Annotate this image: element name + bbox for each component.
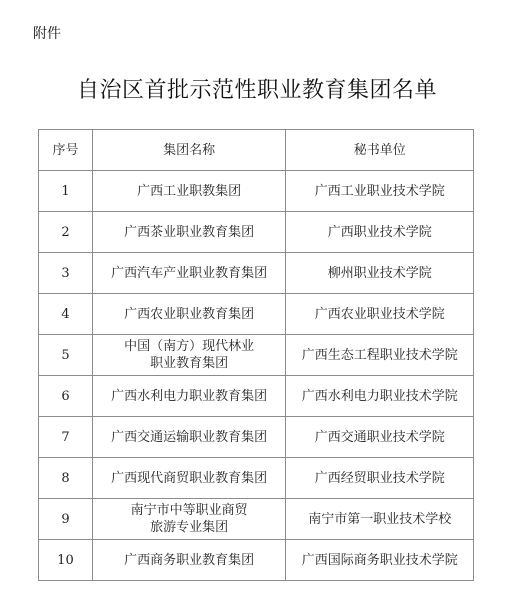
cell-group-name: 广西工业职教集团 <box>92 171 286 212</box>
cell-secretariat: 广西经贸职业技术学院 <box>286 458 474 499</box>
group-name-line-2: 旅游专业集团 <box>150 520 228 535</box>
cell-serial-number: 1 <box>39 171 93 212</box>
cell-serial-number: 10 <box>39 540 93 581</box>
cell-secretariat: 广西职业技术学院 <box>286 212 474 253</box>
cell-serial-number: 2 <box>39 212 93 253</box>
group-name-line: 广西工业职教集团 <box>137 184 241 199</box>
cell-secretariat: 广西工业职业技术学院 <box>286 171 474 212</box>
cell-serial-number: 7 <box>39 417 93 458</box>
cell-serial-number: 9 <box>39 499 93 540</box>
group-name-line: 广西茶业职业教育集团 <box>124 225 254 240</box>
group-name-line: 广西农业职业教育集团 <box>124 307 254 322</box>
cell-secretariat: 广西农业职业技术学院 <box>286 294 474 335</box>
header-secretariat: 秘书单位 <box>286 130 474 171</box>
group-name-line: 广西水利电力职业教育集团 <box>111 389 267 404</box>
cell-secretariat: 南宁市第一职业技术学校 <box>286 499 474 540</box>
header-serial-number: 序号 <box>39 130 93 171</box>
group-name-line-1: 中国（南方）现代林业 <box>124 339 254 354</box>
cell-secretariat: 广西水利电力职业技术学院 <box>286 376 474 417</box>
attachment-label: 附件 <box>33 23 61 43</box>
group-name-line: 广西现代商贸职业教育集团 <box>111 471 267 486</box>
table-row: 4 广西农业职业教育集团 广西农业职业技术学院 <box>39 294 474 335</box>
table-row: 1 广西工业职教集团 广西工业职业技术学院 <box>39 171 474 212</box>
cell-serial-number: 8 <box>39 458 93 499</box>
cell-group-name: 广西现代商贸职业教育集团 <box>92 458 286 499</box>
table-row: 9 南宁市中等职业商贸旅游专业集团 南宁市第一职业技术学校 <box>39 499 474 540</box>
cell-secretariat: 柳州职业技术学院 <box>286 253 474 294</box>
header-group-name: 集团名称 <box>92 130 286 171</box>
cell-serial-number: 4 <box>39 294 93 335</box>
group-name-line-2: 职业教育集团 <box>150 356 228 371</box>
cell-group-name: 中国（南方）现代林业职业教育集团 <box>92 335 286 376</box>
group-name-line: 广西汽车产业职业教育集团 <box>111 266 267 281</box>
vocational-groups-table: 序号 集团名称 秘书单位 1 广西工业职教集团 广西工业职业技术学院 2 广西茶… <box>38 129 474 581</box>
group-name-line: 广西交通运输职业教育集团 <box>111 430 267 445</box>
group-name-line-1: 南宁市中等职业商贸 <box>131 503 248 518</box>
document-title: 自治区首批示范性职业教育集团名单 <box>0 73 514 104</box>
cell-group-name: 广西交通运输职业教育集团 <box>92 417 286 458</box>
cell-group-name: 广西农业职业教育集团 <box>92 294 286 335</box>
cell-group-name: 广西商务职业教育集团 <box>92 540 286 581</box>
table-row: 8 广西现代商贸职业教育集团 广西经贸职业技术学院 <box>39 458 474 499</box>
table-row: 7 广西交通运输职业教育集团 广西交通职业技术学院 <box>39 417 474 458</box>
table-row: 2 广西茶业职业教育集团 广西职业技术学院 <box>39 212 474 253</box>
cell-serial-number: 6 <box>39 376 93 417</box>
cell-secretariat: 广西交通职业技术学院 <box>286 417 474 458</box>
group-name-line: 广西商务职业教育集团 <box>124 553 254 568</box>
cell-group-name: 广西水利电力职业教育集团 <box>92 376 286 417</box>
cell-serial-number: 3 <box>39 253 93 294</box>
table-row: 6 广西水利电力职业教育集团 广西水利电力职业技术学院 <box>39 376 474 417</box>
cell-group-name: 广西汽车产业职业教育集团 <box>92 253 286 294</box>
cell-secretariat: 广西生态工程职业技术学院 <box>286 335 474 376</box>
cell-group-name: 南宁市中等职业商贸旅游专业集团 <box>92 499 286 540</box>
table-row: 3 广西汽车产业职业教育集团 柳州职业技术学院 <box>39 253 474 294</box>
table-row: 10 广西商务职业教育集团 广西国际商务职业技术学院 <box>39 540 474 581</box>
cell-secretariat: 广西国际商务职业技术学院 <box>286 540 474 581</box>
cell-serial-number: 5 <box>39 335 93 376</box>
cell-group-name: 广西茶业职业教育集团 <box>92 212 286 253</box>
table-row: 5 中国（南方）现代林业职业教育集团 广西生态工程职业技术学院 <box>39 335 474 376</box>
table-header-row: 序号 集团名称 秘书单位 <box>39 130 474 171</box>
